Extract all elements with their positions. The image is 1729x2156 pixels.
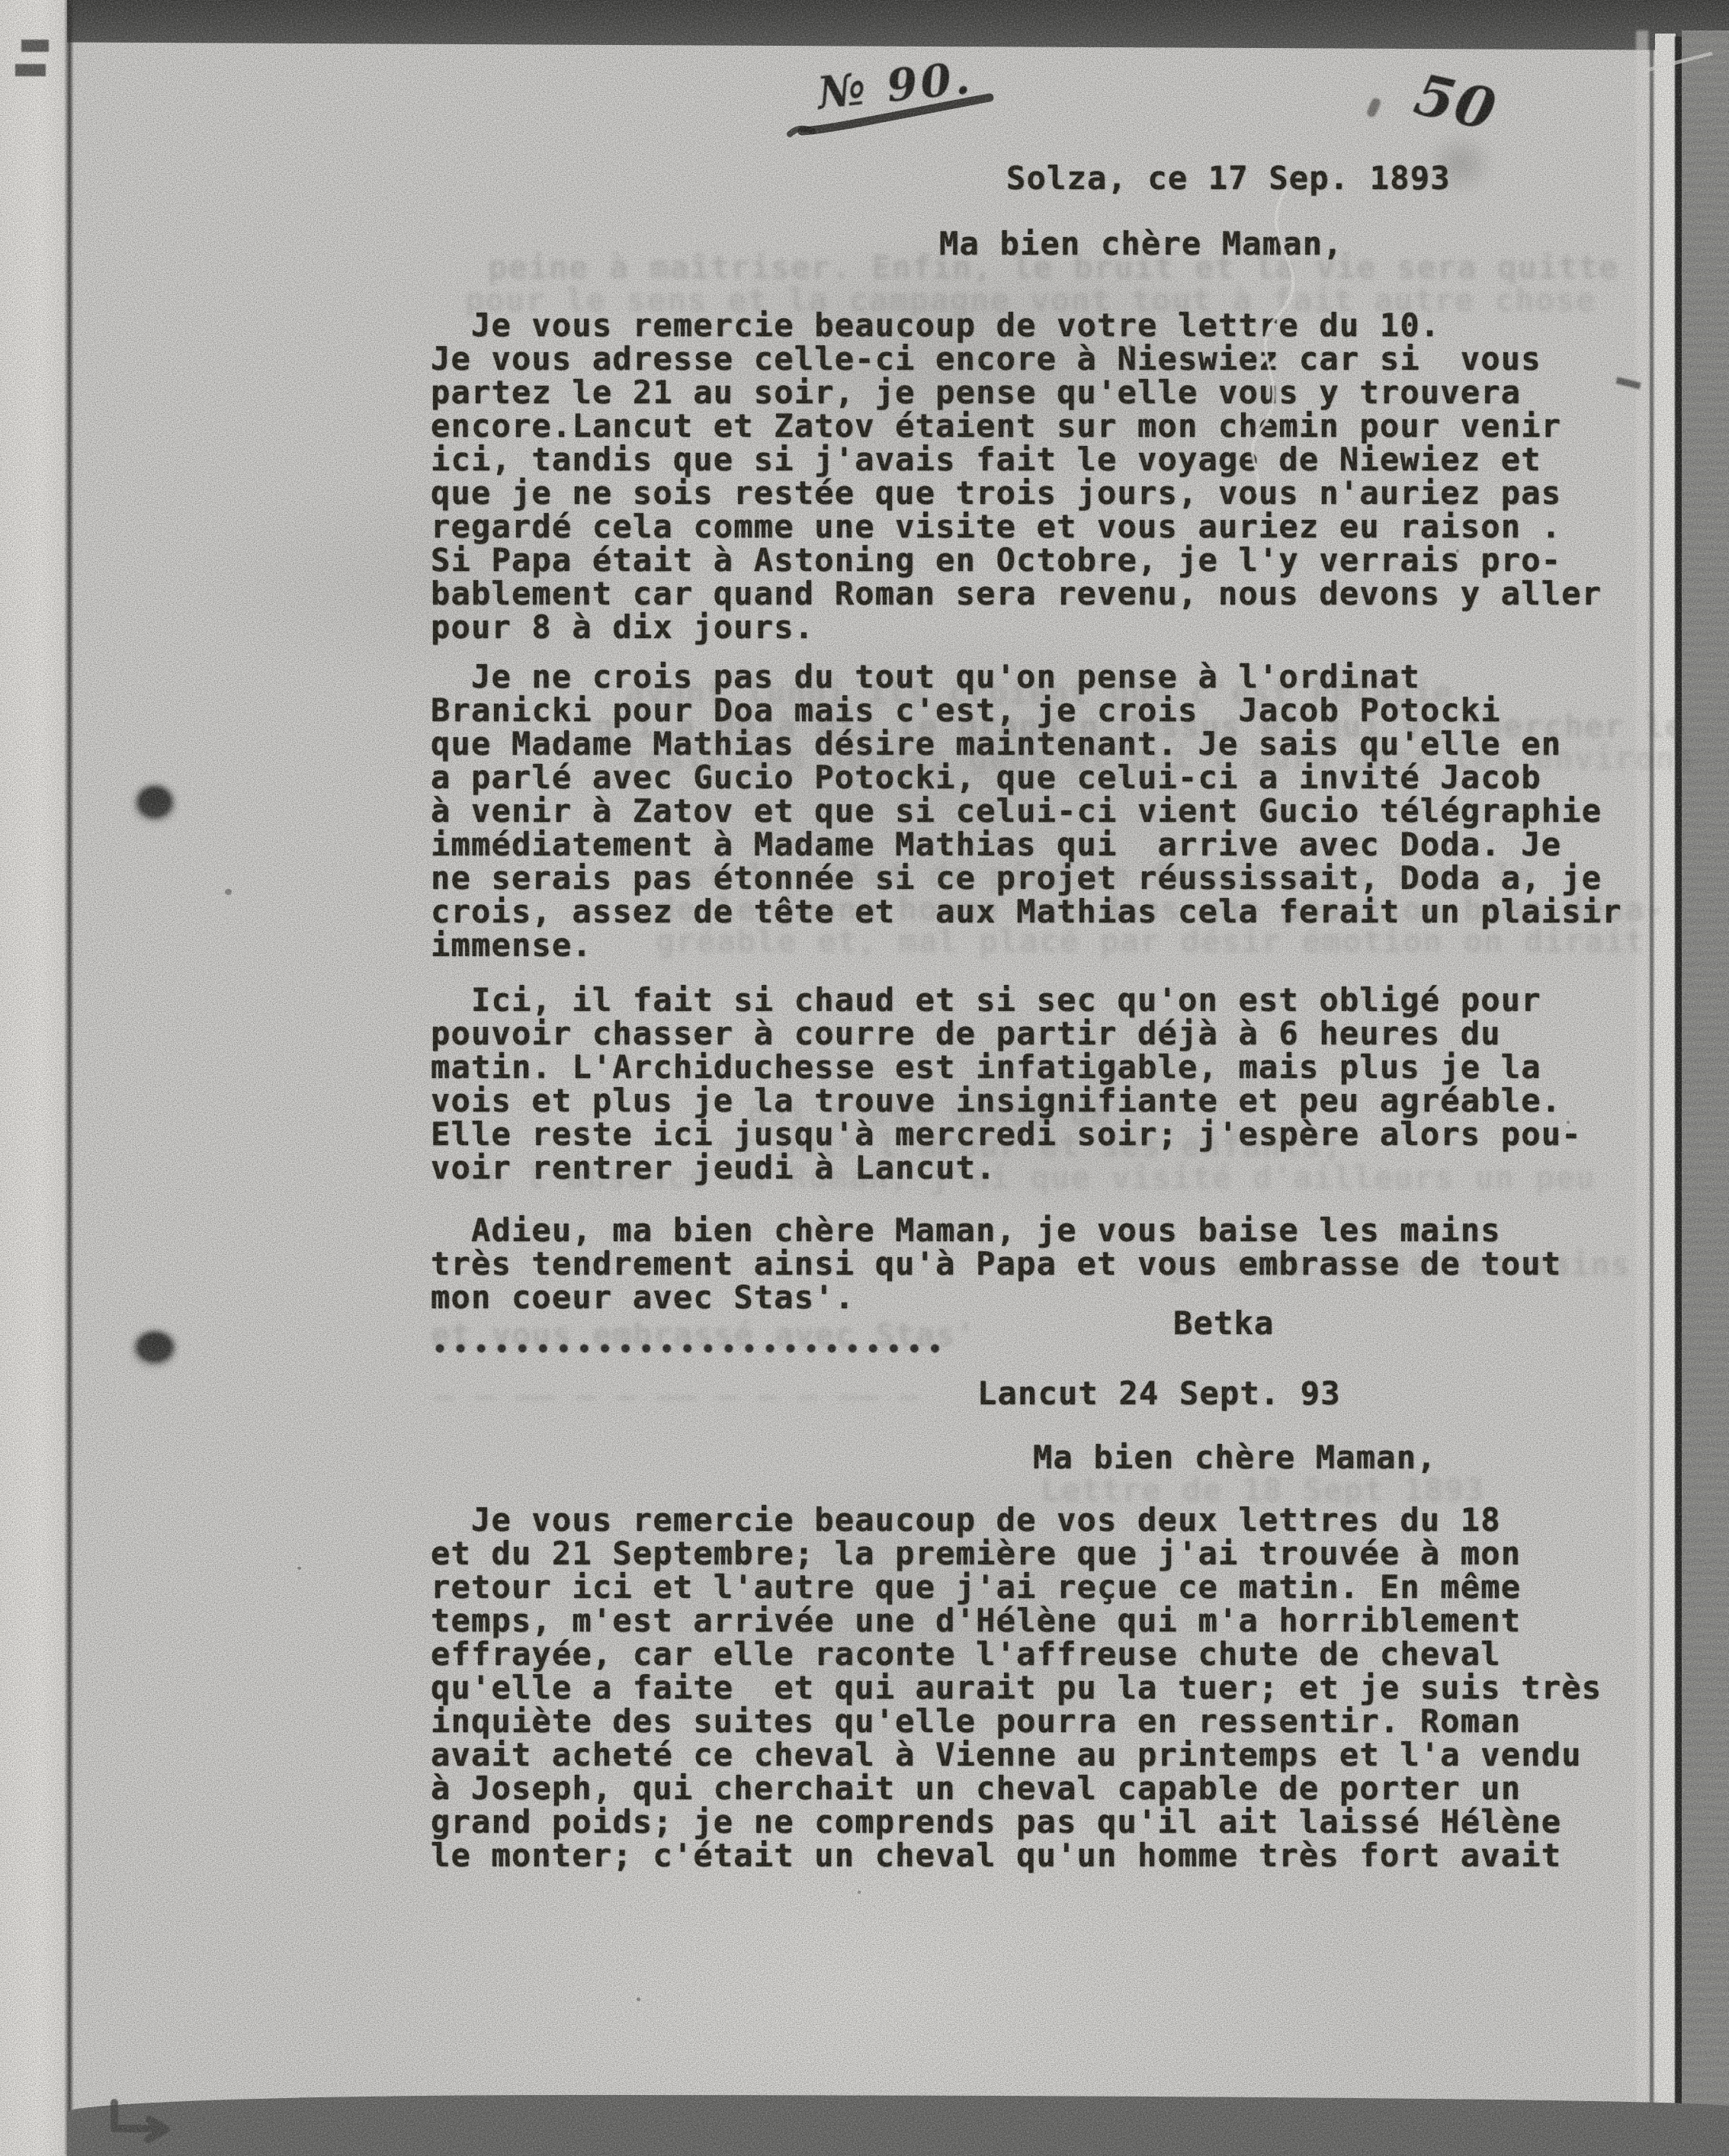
clip-mark: [21, 40, 49, 52]
scanner-band-bottom: [67, 2095, 1729, 2156]
scanned-letter-page: peine à maîtriser. Enfin, le bruit et la…: [0, 0, 1729, 2156]
dust-speck: [225, 889, 232, 895]
letter1-paragraph-3: Ici, il fait si chaud et si sec qu'on es…: [431, 983, 1582, 1185]
letter2-dateline: Lancut 24 Sept. 93: [977, 1377, 1341, 1410]
scanner-band-top: [61, 0, 1729, 50]
letter1-paragraph-2: Je ne crois pas du tout qu'on pense à l'…: [431, 660, 1622, 962]
punch-hole-bottom: [128, 1325, 181, 1369]
clip-mark: [15, 64, 46, 76]
letter1-dateline: Solza, ce 17 Sep. 1893: [1006, 162, 1451, 195]
punch-hole-top: [130, 779, 180, 825]
typed-dot-divider: •••••••••••••••••••••••••: [433, 1339, 949, 1362]
adjacent-page-edge: [0, 0, 67, 2156]
letter2-paragraph-1: Je vous remercie beaucoup de vos deux le…: [431, 1503, 1602, 1872]
letter1-paragraph-1: Je vous remercie beaucoup de votre lettr…: [431, 309, 1602, 644]
page-edge-white: [1655, 34, 1676, 2156]
letter1-signature: Betka: [1173, 1307, 1274, 1340]
binding-crease: [64, 0, 76, 2156]
dust-speck: [858, 1891, 861, 1894]
letter2-salutation: Ma bien chère Maman,: [1033, 1441, 1437, 1474]
dust-speck: [637, 1997, 640, 2001]
ghost-line: – – –– – – –– – – – –– –: [435, 1377, 919, 1414]
letter1-salutation: Ma bien chère Maman,: [939, 227, 1343, 261]
letter1-closing: Adieu, ma bien chère Maman, je vous bais…: [431, 1214, 1561, 1314]
page-edge-line: [1650, 38, 1654, 2156]
scanner-band-right: [1682, 30, 1729, 2156]
page-edge-highlight: [1636, 30, 1648, 2156]
dust-speck: [297, 1567, 301, 1570]
